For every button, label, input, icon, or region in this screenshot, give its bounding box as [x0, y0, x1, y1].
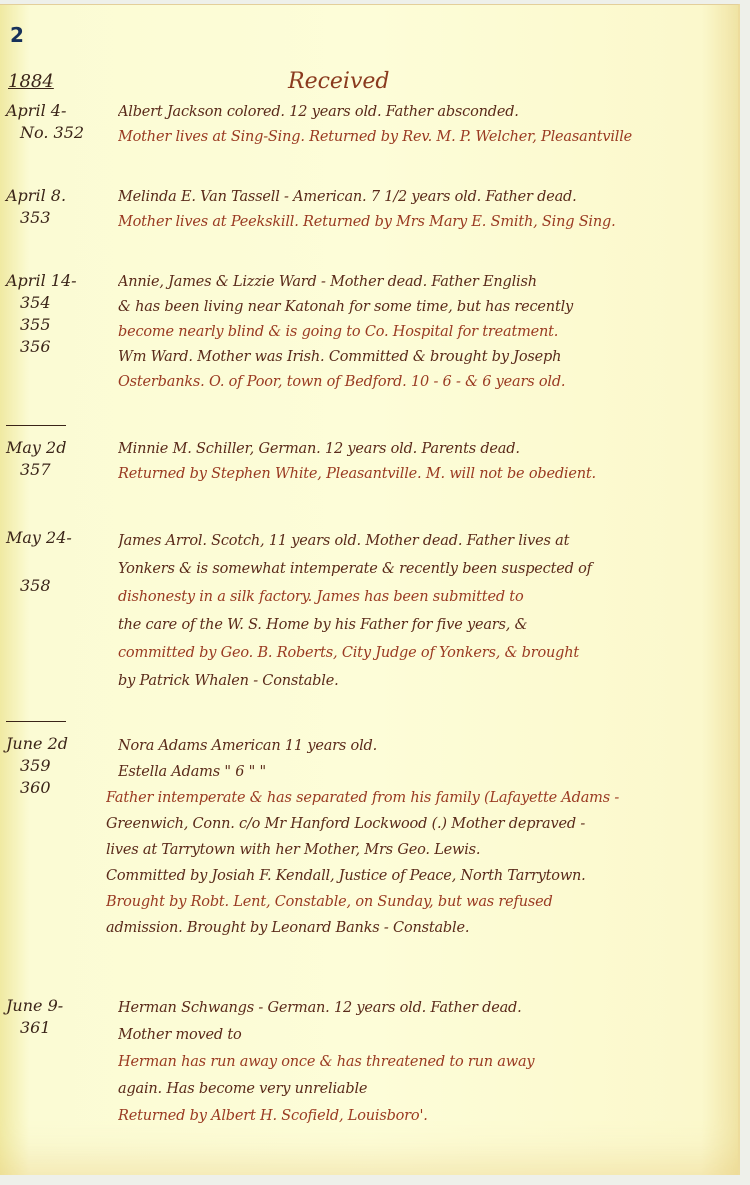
entry-line: lives at Tarrytown with her Mother, Mrs …	[106, 837, 730, 863]
entry-line: Albert Jackson colored. 12 years old. Fa…	[118, 100, 730, 125]
entry-margin: May 24- 358	[6, 527, 106, 597]
entry-line: James Arrol. Scotch, 11 years old. Mothe…	[118, 527, 730, 555]
entry-line: Mother moved to	[118, 1022, 730, 1049]
entry-line: & has been living near Katonah for some …	[118, 295, 730, 320]
entry-date: May 24-	[6, 527, 106, 549]
entry-number: 358	[6, 549, 106, 597]
entry-line: admission. Brought by Leonard Banks - Co…	[106, 915, 730, 941]
entry-date: April 4-	[6, 100, 106, 122]
entry-date: April 8.	[6, 185, 106, 207]
entry-line: Annie, James & Lizzie Ward - Mother dead…	[118, 270, 730, 295]
entry-margin: April 14- 354 355 356	[6, 270, 106, 358]
entry-date: June 2d	[6, 733, 106, 755]
entry-line: Committed by Josiah F. Kendall, Justice …	[106, 863, 730, 889]
entry-number: 361	[6, 1017, 106, 1039]
entry-line: Father intemperate & has separated from …	[106, 785, 730, 811]
entry-number: 355	[6, 314, 106, 336]
entry-line: Mother lives at Sing-Sing. Returned by R…	[118, 125, 730, 150]
page-number: 2	[10, 23, 24, 47]
entry-number: 359	[6, 755, 106, 777]
entry-text: Melinda E. Van Tassell - American. 7 1/2…	[118, 185, 730, 235]
entry-line: Brought by Robt. Lent, Constable, on Sun…	[106, 889, 730, 915]
entry-number: 356	[6, 336, 106, 358]
entry-text: Minnie M. Schiller, German. 12 years old…	[118, 437, 730, 487]
entry-text: Annie, James & Lizzie Ward - Mother dead…	[118, 270, 730, 395]
entry-line: Herman has run away once & has threatene…	[118, 1049, 730, 1076]
entry-number: 354	[6, 292, 106, 314]
entry-margin: April 4- No. 352	[6, 100, 106, 144]
entry-line: Osterbanks. O. of Poor, town of Bedford.…	[118, 370, 730, 395]
entry-margin: May 2d 357	[6, 437, 106, 481]
entry-line: committed by Geo. B. Roberts, City Judge…	[118, 639, 730, 667]
entry-number: 360	[6, 777, 106, 799]
entry-margin: June 9- 361	[6, 995, 106, 1039]
entry-line: again. Has become very unreliable	[118, 1076, 730, 1103]
entry-divider	[6, 425, 66, 426]
entry-divider	[6, 721, 66, 722]
entry-margin: April 8. 353	[6, 185, 106, 229]
entry-line: Yonkers & is somewhat intemperate & rece…	[118, 555, 730, 583]
entry-date: May 2d	[6, 437, 106, 459]
ledger-page: 2 1884 Received April 4- No. 352 Albert …	[0, 4, 740, 1175]
entry-line: Mother lives at Peekskill. Returned by M…	[118, 210, 730, 235]
entry-date: April 14-	[6, 270, 106, 292]
entry-line: become nearly blind & is going to Co. Ho…	[118, 320, 730, 345]
entry-line: the care of the W. S. Home by his Father…	[118, 611, 730, 639]
entry-margin: June 2d 359 360	[6, 733, 106, 799]
entry-line: Herman Schwangs - German. 12 years old. …	[118, 995, 730, 1022]
entry-number: No. 352	[6, 122, 106, 144]
entry-number: 357	[6, 459, 106, 481]
entry-date: June 9-	[6, 995, 106, 1017]
entry-line: Wm Ward. Mother was Irish. Committed & b…	[118, 345, 730, 370]
entry-text: Albert Jackson colored. 12 years old. Fa…	[118, 100, 730, 150]
entry-line: dishonesty in a silk factory. James has …	[118, 583, 730, 611]
entry-text: James Arrol. Scotch, 11 years old. Mothe…	[118, 527, 730, 695]
entry-number: 353	[6, 207, 106, 229]
entry-line: Minnie M. Schiller, German. 12 years old…	[118, 437, 730, 462]
entry-line: Returned by Stephen White, Pleasantville…	[118, 462, 730, 487]
page-heading: Received	[288, 69, 390, 94]
entry-line: by Patrick Whalen - Constable.	[118, 667, 730, 695]
year-label: 1884	[8, 71, 54, 92]
entry-line: Returned by Albert H. Scofield, Louisbor…	[118, 1103, 730, 1130]
entry-line: Nora Adams American 11 years old.	[118, 733, 730, 759]
entry-line: Greenwich, Conn. c/o Mr Hanford Lockwood…	[106, 811, 730, 837]
entry-text: Herman Schwangs - German. 12 years old. …	[118, 995, 730, 1130]
entry-line: Melinda E. Van Tassell - American. 7 1/2…	[118, 185, 730, 210]
entry-text: Nora Adams American 11 years old. Estell…	[118, 733, 730, 941]
entry-line: Estella Adams " 6 " "	[118, 759, 730, 785]
